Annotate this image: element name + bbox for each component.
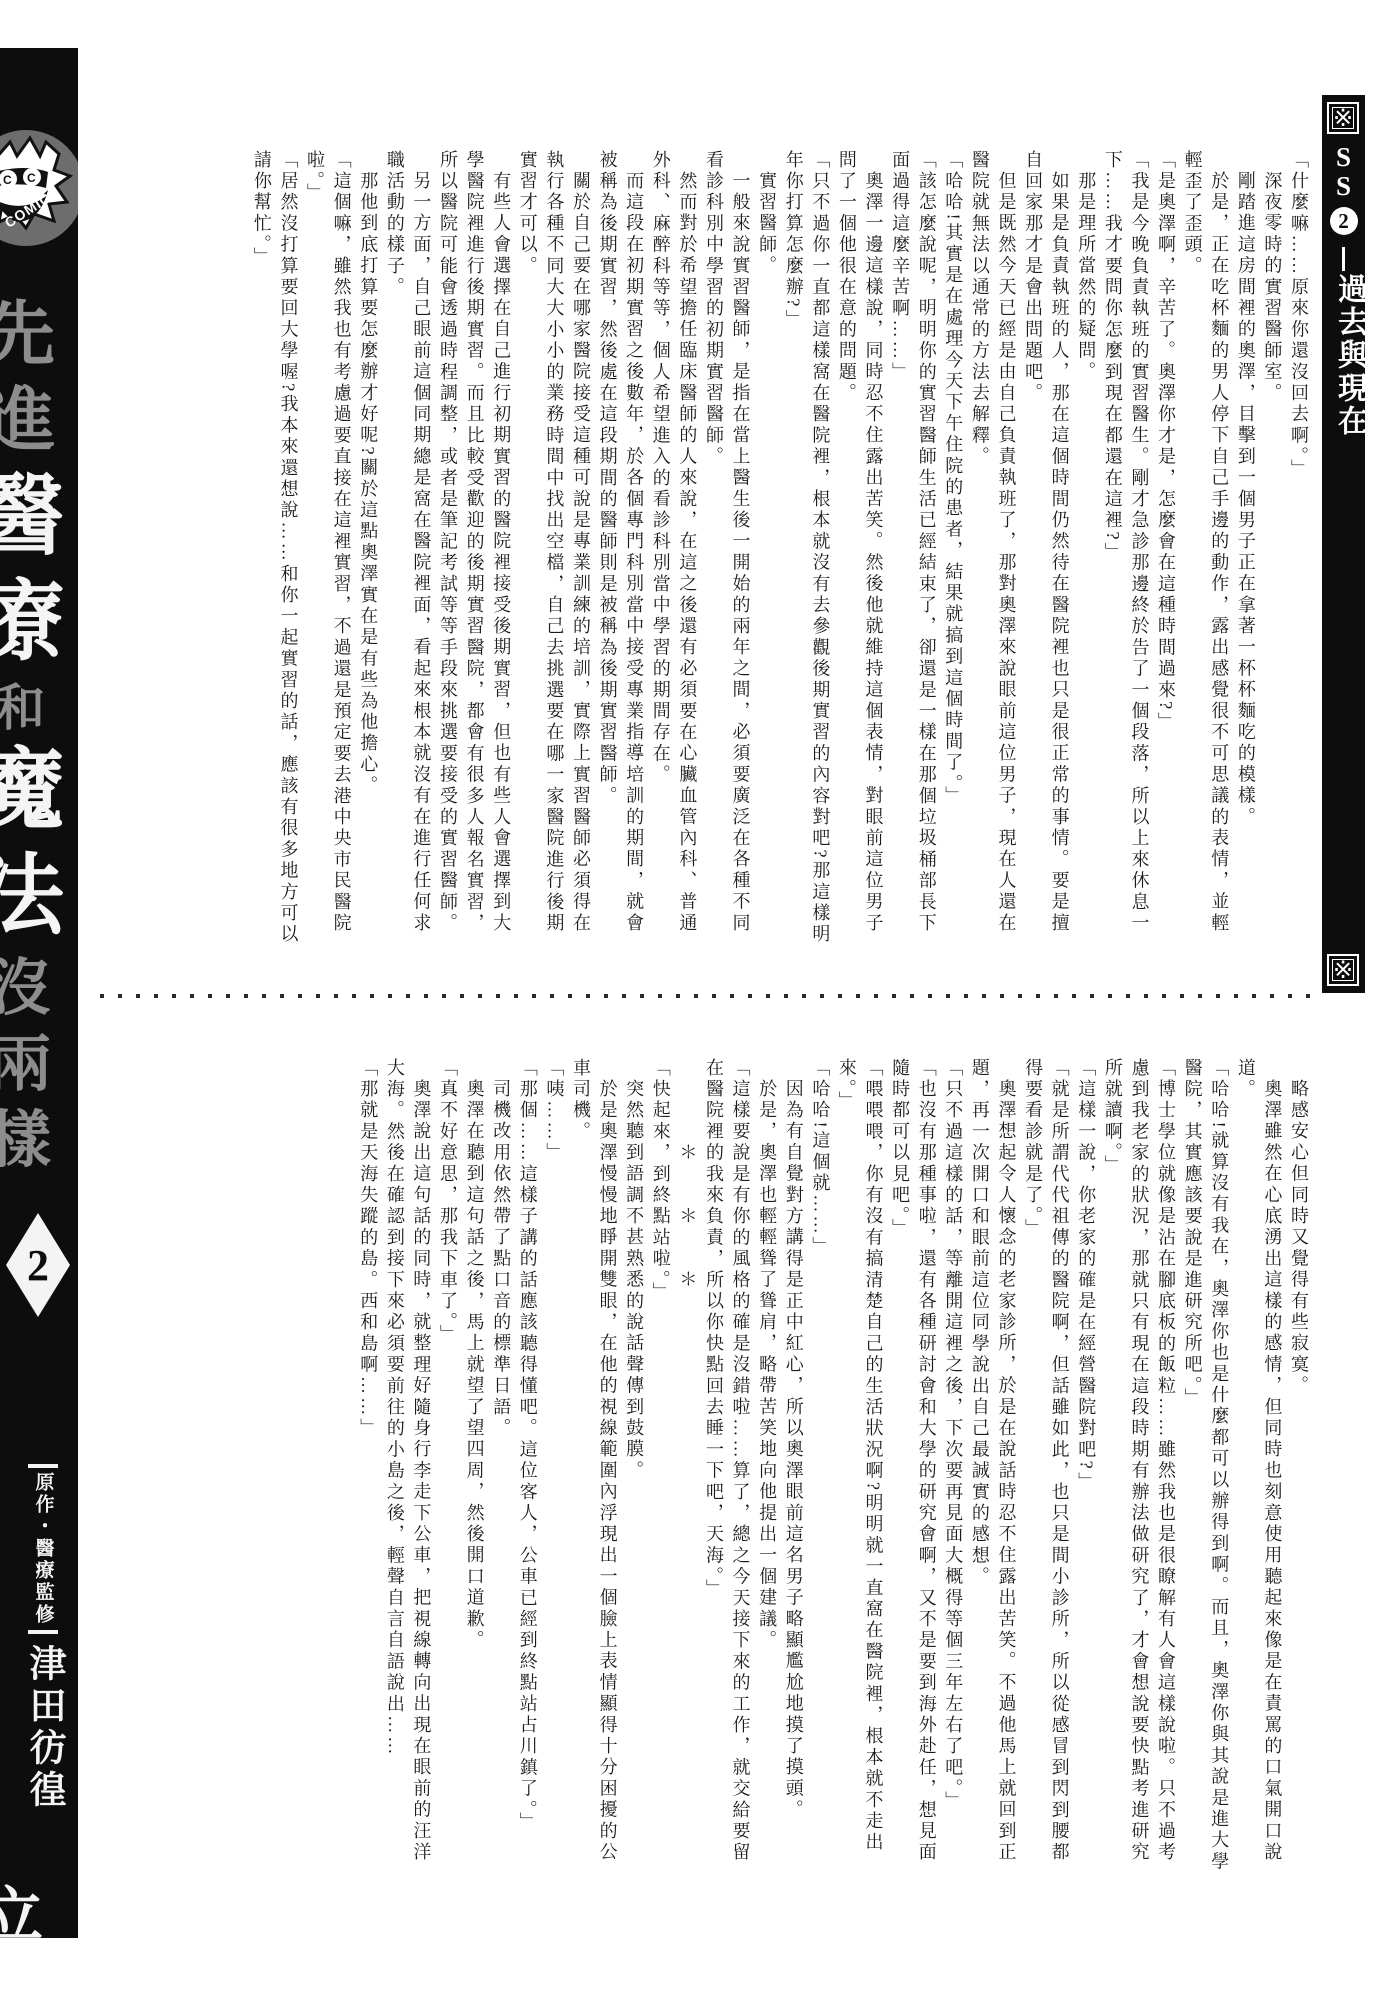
book-spine: C C COMICS 先進醫療和魔法沒兩樣 2 原作・醫療監修 津田彷徨 立 <box>0 48 78 1938</box>
chapter-title: 過去與現在 <box>1328 273 1371 438</box>
paragraph: 那他到底打算要怎麼辦才好呢?關於這點奧澤實在是有些為他擔心。 <box>355 150 382 952</box>
paragraph: 「我是今晚負責執班的實習醫生。剛才急診那邊終於告了一個段落，所以上來休息一下……… <box>1099 150 1152 952</box>
paragraph: 關於自己要在哪家醫院接受這種可說是專業訓練的培訓，實際上實習醫師必須得在執行各種… <box>514 150 594 952</box>
paragraph: 「就是所謂代代祖傳的醫院啊，但話雖如此，也只是間小診所，所以從感冒到閃到腰都得要… <box>1019 1058 1072 1882</box>
header-divider <box>1342 247 1345 271</box>
paragraph: 因為有自覺對方講得是正中紅心，所以奧澤眼前這名男子略顯尷尬地摸了摸頭。 <box>780 1058 807 1882</box>
episode-number-badge: 2 <box>1330 207 1358 235</box>
title-character: 先 <box>0 293 78 379</box>
paragraph: 剛踏進這房間裡的奧澤，目擊到一個男子正在拿著一杯杯麵吃的模樣。 <box>1232 150 1259 952</box>
paragraph: 奧澤想起令人懷念的老家診所，於是在說話時忍不住露出苦笑。不過他馬上就回到正題，再… <box>966 1058 1019 1882</box>
paragraph: 實習醫師。 <box>754 150 781 952</box>
paragraph: 另一方面，自己眼前這個同期總是窩在醫院裡面，看起來根本就沒有在進行任何求職活動的… <box>381 150 434 952</box>
credit-block: 原作・醫療監修 津田彷徨 <box>16 1460 70 1812</box>
paragraph: 「居然沒打算要回大學喔?我本來還想說……和你一起實習的話，應該有很多地方可以請你… <box>248 150 301 952</box>
paragraph: 於是奧澤慢慢地睜開雙眼，在他的視線範圍內浮現出一個臉上表情顯得十分困擾的公車司機… <box>567 1058 620 1882</box>
paragraph: 如果是負責執班的人，那在這個時間仍然待在醫院裡也只是很正常的事情。要是擅自回家那… <box>1019 150 1072 952</box>
paragraph: 一般來說實習醫師，是指在當上醫生後一開始的兩年之間，必須要廣泛在各種不同看診科別… <box>700 150 753 952</box>
paragraph: 有些人會選擇在自己進行初期實習的醫院裡接受後期實習，但也有些人會選擇到大學醫院裡… <box>434 150 514 952</box>
author-name: 津田彷徨 <box>16 1644 70 1812</box>
title-character: 醫 <box>0 465 78 571</box>
story-text-top: 「什麼嘛……原來你還沒回去啊。」深夜零時的實習醫師室。剛踏進這房間裡的奧澤，目擊… <box>248 150 1312 952</box>
bracket-line-top <box>28 1464 58 1468</box>
credit-role-label: 原作・醫療監修 <box>30 1472 57 1626</box>
paragraph: 奧澤在聽到這句話之後，馬上就望了望四周，然後開口道歉。 <box>461 1058 488 1882</box>
paragraph: 「只不過你一直都這樣窩在醫院裡，根本就沒有去參觀後期實習的內容對吧?那這樣明年你… <box>780 150 833 952</box>
paragraph: 深夜零時的實習醫師室。 <box>1259 150 1286 952</box>
series-letter: S <box>1322 172 1365 201</box>
series-letter: S <box>1322 143 1365 172</box>
paragraph: 「哈哈!就算沒有我在，奧澤你也是什麼都可以辦得到啊。而且，奧澤你與其說是進大學醫… <box>1179 1058 1232 1882</box>
paragraph: 奧澤說出這句話的同時，就整理好隨身行李走下公車，把視線轉向出現在眼前的汪洋大海。… <box>381 1058 434 1882</box>
paragraph: 「該怎麼說呢，明明你的實習醫師生活已經結束了，卻還是一樣在那個垃圾桶部長下面過得… <box>887 150 940 952</box>
paragraph: 「快起來，到終點站啦。」 <box>647 1058 674 1882</box>
ornament-icon-bottom: ※ <box>1327 954 1359 986</box>
title-character: 樣 <box>0 1103 78 1179</box>
publisher-mark-partial: 立 <box>0 1886 43 1938</box>
paragraph: 但是既然今天已經是由自己負責執班了，那對奧澤來說眼前這位男子，現在人還在醫院就無… <box>966 150 1019 952</box>
paragraph: 而這段在初期實習之後數年，於各個專門科別當中接受專業指導培訓的期間，就會被稱為後… <box>594 150 647 952</box>
story-text-bottom: 略感安心但同時又覺得有些寂寞。奧澤雖然在心底湧出這樣的感情，但同時也刻意使用聽起… <box>355 1058 1312 1882</box>
paragraph: 「咦……」 <box>541 1058 568 1882</box>
chapter-label: S S 2 <box>1322 143 1365 235</box>
paragraph: 「什麼嘛……原來你還沒回去啊。」 <box>1285 150 1312 952</box>
title-character: 魔 <box>0 739 78 845</box>
title-character: 進 <box>0 379 78 465</box>
paragraph: 然而對於希望擔任臨床醫師的人來說，在這之後還有必須要在心臟血管內科、普通外科、麻… <box>647 150 700 952</box>
paragraph: 「喂喂喂，你有沒有搞清楚自己的生活狀況啊?明明就一直窩在醫院裡，根本就不走出來。… <box>833 1058 886 1882</box>
section-divider-dotted <box>100 994 1316 998</box>
paragraph: 「也沒有那種事啦，還有各種研討會和大學的研究會啊，又不是要到海外赴任，想見面隨時… <box>887 1058 940 1882</box>
paragraph: 「這個嘛，雖然我也有考慮過要直接在這裡實習，不過還是預定要去港中央市民醫院啦。」 <box>301 150 354 952</box>
paragraph: 略感安心但同時又覺得有些寂寞。 <box>1285 1058 1312 1882</box>
paragraph: 「博士學位就像是沾在腳底板的飯粒……雖然我也是很瞭解有人會這樣說啦。只不過考慮到… <box>1099 1058 1179 1882</box>
paragraph: 「這樣一說，你老家的確是在經營醫院對吧?」 <box>1073 1058 1100 1882</box>
title-character: 和 <box>0 677 78 739</box>
paragraph: 於是，正在吃杯麵的男人停下自己手邊的動作，露出感覺很不可思議的表情，並輕輕歪了歪… <box>1179 150 1232 952</box>
bracket-line-bottom <box>28 1630 58 1634</box>
publisher-cat-logo-icon: C C <box>0 126 78 250</box>
paragraph: 「是奧澤啊，辛苦了。奧澤你才是，怎麼會在這種時間過來?」 <box>1152 150 1179 952</box>
volume-number: 2 <box>27 1240 49 1291</box>
ornament-icon-top: ※ <box>1327 102 1359 134</box>
title-character: 療 <box>0 571 78 677</box>
paragraph: 「哈哈!其實是在處理今天下午住院的患者，結果就搞到這個時間了。」 <box>940 150 967 952</box>
paragraph: 「那個……這樣子講的話應該聽得懂吧。這位客人，公車已經到終點站占川鎮了。」 <box>514 1058 541 1882</box>
svg-text:C: C <box>3 173 12 187</box>
paragraph: 「那就是天海失蹤的島。西和島啊……」 <box>355 1058 382 1882</box>
title-character: 法 <box>0 845 78 951</box>
paragraph: 「真不好意思，那我下車了。」 <box>434 1058 461 1882</box>
paragraph: 於是，奧澤也輕輕聳了聳肩，略帶苦笑地向他提出一個建議。 <box>754 1058 781 1882</box>
paragraph: 那是理所當然的疑問。 <box>1073 150 1100 952</box>
paragraph: 司機改用依然帶了點口音的標準日語。 <box>488 1058 515 1882</box>
book-title-vertical: 先進醫療和魔法沒兩樣 <box>0 293 78 1179</box>
chapter-header-bar: ※ S S 2 過去與現在 ※ <box>1322 95 1365 993</box>
paragraph: 「只不過這樣的話，等離開這裡之後，下次要再見面大概得等個三年左右了吧。」 <box>940 1058 967 1882</box>
paragraph: 奧澤雖然在心底湧出這樣的感情，但同時也刻意使用聽起來像是在責罵的口氣開口說道。 <box>1232 1058 1285 1882</box>
title-character: 兩 <box>0 1027 78 1103</box>
svg-text:C: C <box>27 171 36 185</box>
volume-badge: 2 <box>6 1213 70 1317</box>
paragraph: 奧澤一邊這樣說，同時忍不住露出苦笑。然後他就維持這個表情，對眼前這位男子問了一個… <box>833 150 886 952</box>
paragraph: 突然聽到語調不甚熟悉的說話聲傳到鼓膜。 <box>621 1058 648 1882</box>
title-character: 沒 <box>0 951 78 1027</box>
paragraph: 「這樣要說是有你的風格的確是沒錯啦……算了，總之今天接下來的工作，就交給要留在醫… <box>700 1058 753 1882</box>
paragraph: ＊ ＊ ＊ <box>674 1058 701 1882</box>
paragraph: 「哈哈!這個就……」 <box>807 1058 834 1882</box>
